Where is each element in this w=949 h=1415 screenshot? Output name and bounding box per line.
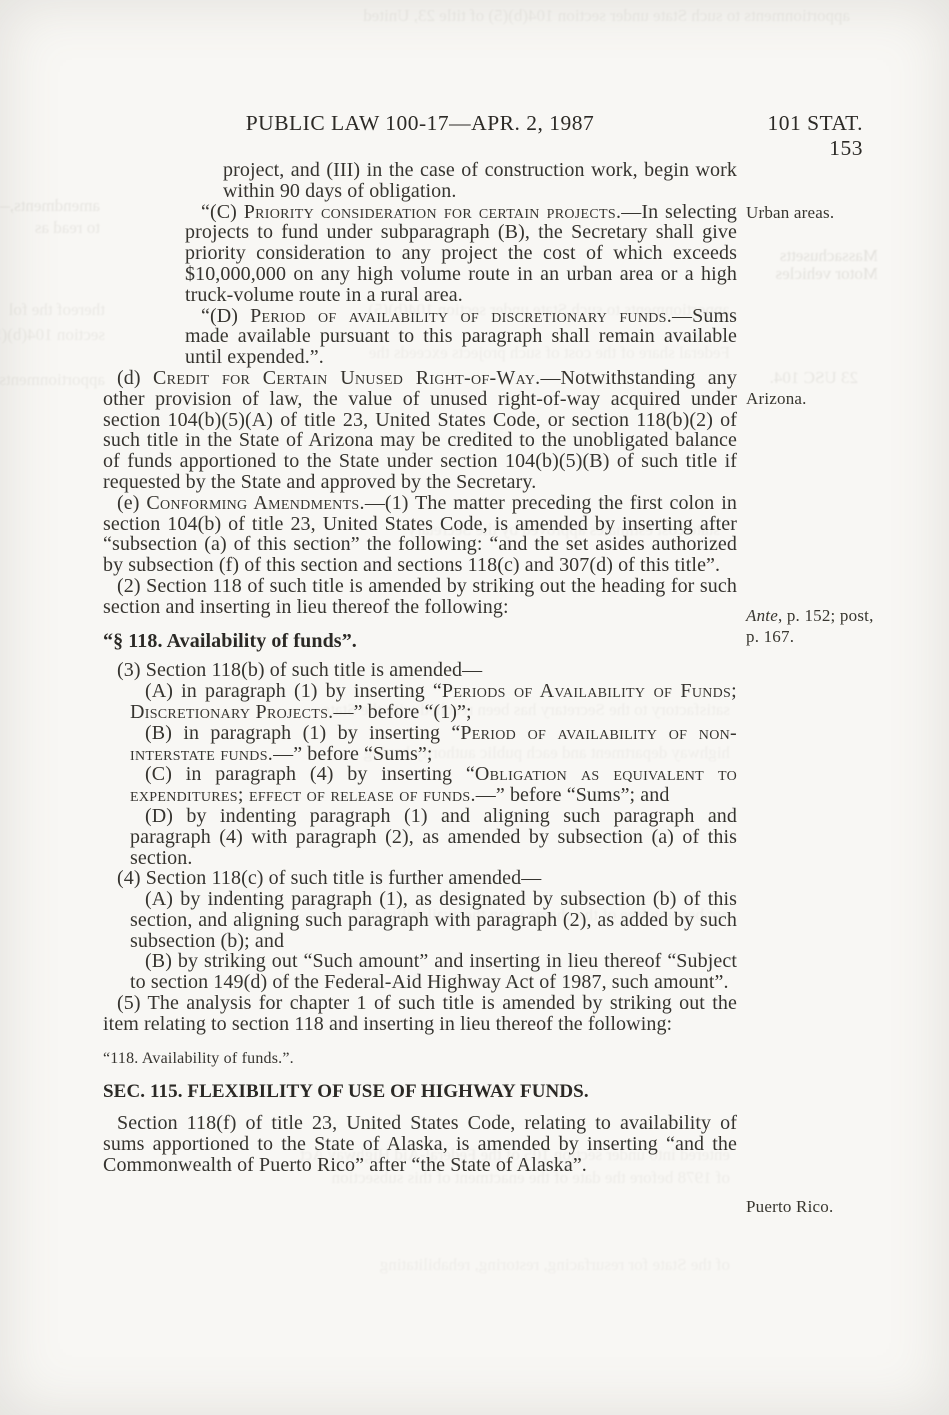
paragraph: SEC. 115. FLEXIBILITY OF USE OF HIGHWAY … [103,1082,737,1103]
note-ante: Ante, p. 152; post, p. 167. [746,606,880,647]
bleed-through-text: section 104(b)(5) [0,325,105,345]
paragraph: (4) Section 118(c) of such title is furt… [103,868,737,889]
bleed-through-text: 23 USC 104. [748,368,858,388]
note-puerto-rico: Puerto Rico. [746,1197,896,1218]
bleed-through-text: Massachusetts [748,246,878,266]
statute-body: project, and (III) in the case of constr… [103,160,737,1176]
paragraph: (2) Section 118 of such title is amended… [103,576,737,618]
paragraph: “§ 118. Availability of funds”. [103,631,737,652]
bleed-through-text: apportionments [0,370,105,390]
bleed-through-text: Motor vehicles [748,264,878,284]
paragraph: “(D) Period of availability of discretio… [185,306,737,368]
paragraph: (3) Section 118(b) of such title is amen… [103,660,737,681]
stat-citation: 101 STAT. 153 [737,111,863,161]
bleed-through-text: amendments,— [0,196,100,216]
paragraph: (A) by indenting paragraph (1), as desig… [130,889,737,951]
note-urban-areas: Urban areas. [746,203,896,224]
scanned-statute-page: apportionments to such State under secti… [0,0,949,1415]
paragraph: (e) Conforming Amendments.—(1) The matte… [103,493,737,576]
running-head: PUBLIC LAW 100-17—APR. 2, 1987 101 STAT.… [103,111,863,161]
paragraph: (d) Credit for Certain Unused Right-of-W… [103,368,737,493]
paragraph: (A) in paragraph (1) by inserting “Perio… [130,681,737,723]
paragraph: (5) The analysis for chapter 1 of such t… [103,993,737,1035]
law-title: PUBLIC LAW 100-17—APR. 2, 1987 [103,111,737,136]
paragraph: (B) in paragraph (1) by inserting “Perio… [130,723,737,765]
paragraph: project, and (III) in the case of constr… [223,160,737,202]
paragraph: (C) in paragraph (4) by inserting “Oblig… [130,764,737,806]
bleed-through-text: of the State for resurfacing, restoring,… [330,1255,730,1275]
paragraph: “(C) Priority consideration for certain … [185,202,737,306]
bleed-through-text: thereof the fol [0,300,105,320]
paragraph: Section 118(f) of title 23, United State… [103,1113,737,1175]
paragraph: (D) by indenting paragraph (1) and align… [130,806,737,868]
bleed-through-text: to read as [0,218,100,238]
bleed-through-text: apportionments to such State under secti… [150,6,850,26]
note-arizona: Arizona. [746,389,896,410]
paragraph: (B) by striking out “Such amount” and in… [130,951,737,993]
paragraph: “118. Availability of funds.”. [103,1050,737,1068]
